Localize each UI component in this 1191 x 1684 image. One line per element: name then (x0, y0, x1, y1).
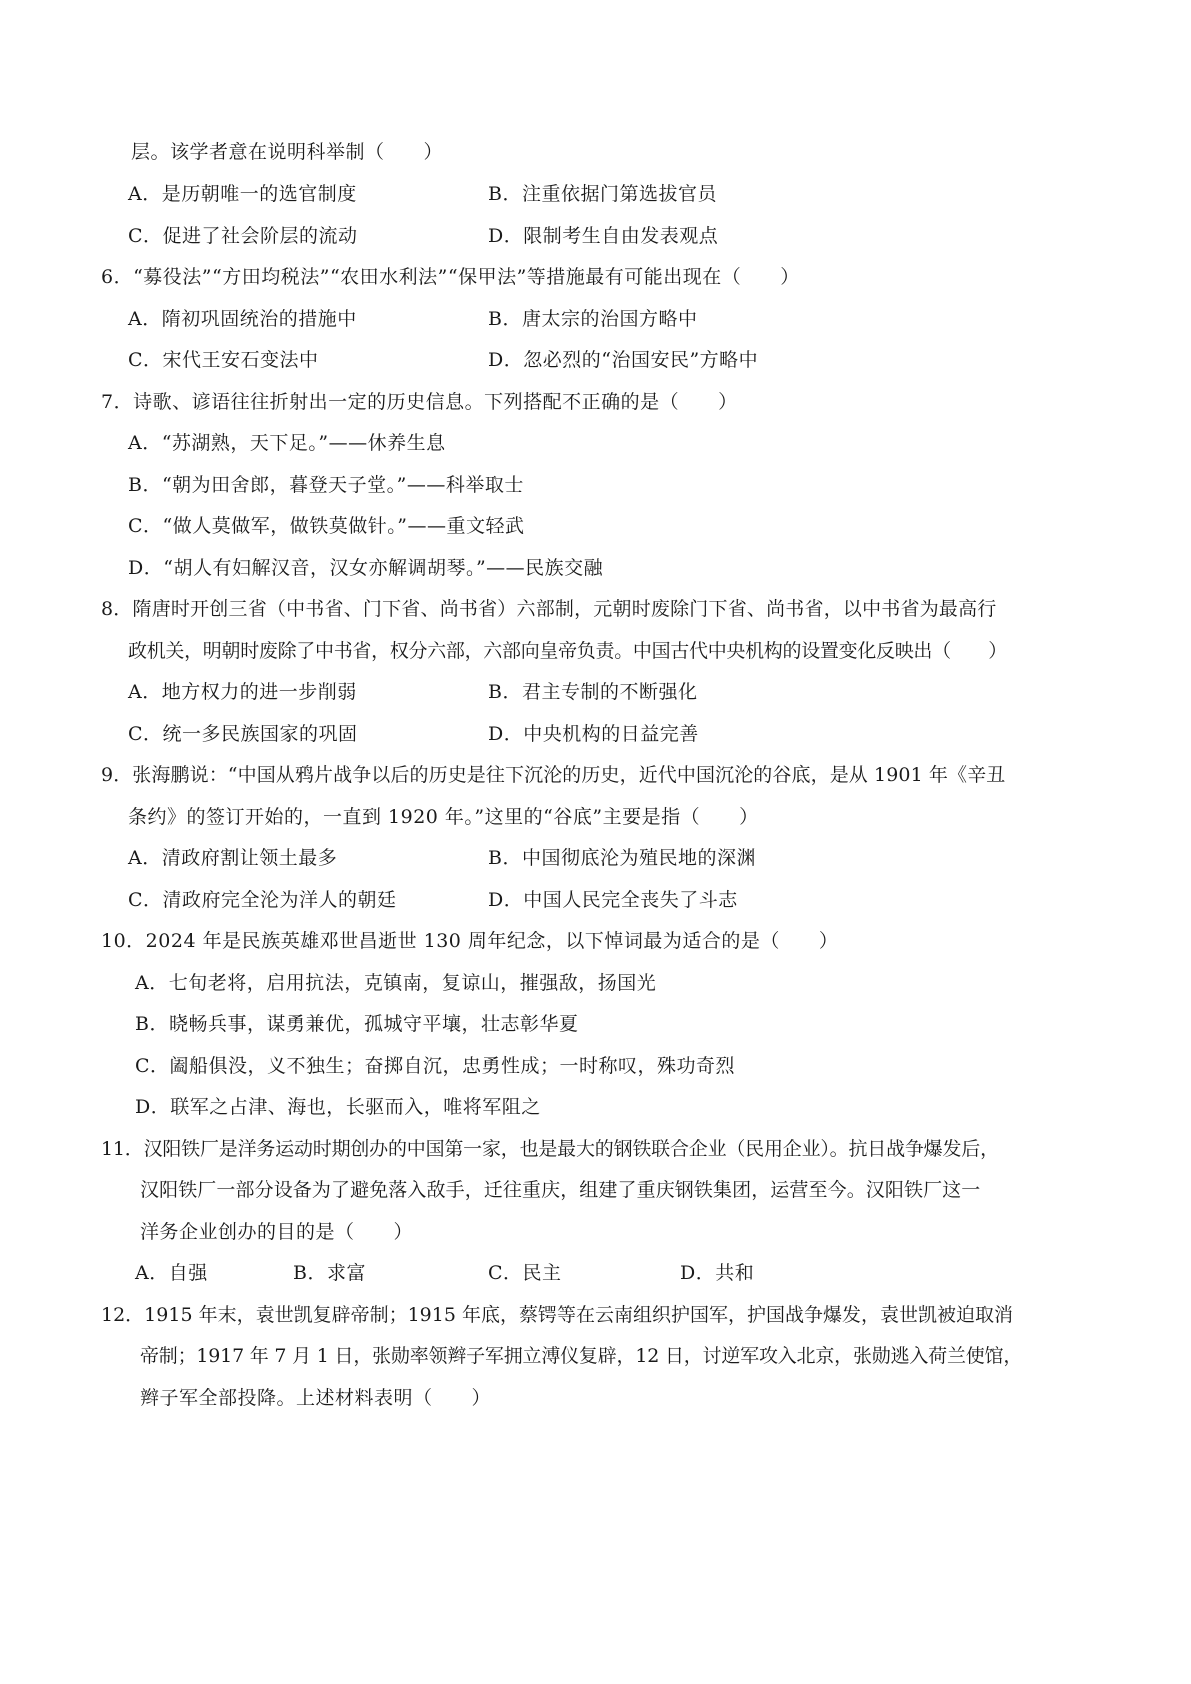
q10-option-b: B．晓畅兵事，谋勇兼优，孤城守平壤，壮志彰华夏 (135, 1012, 578, 1036)
q8-option-a: A．地方权力的进一步削弱 (128, 680, 357, 704)
q9-stem-line1: 9．张海鹏说：“中国从鸦片战争以后的历史是往下沉沦的历史，近代中国沉沦的谷底，是… (101, 763, 1005, 787)
q5-option-d: D．限制考生自由发表观点 (488, 224, 718, 248)
q11-stem-line1: 11．汉阳铁厂是洋务运动时期创办的中国第一家，也是最大的钢铁联合企业（民用企业）… (101, 1137, 999, 1161)
q6-option-c: C．宋代王安石变法中 (128, 348, 319, 372)
q11-option-d: D．共和 (680, 1261, 754, 1285)
q11-option-c: C．民主 (488, 1261, 562, 1285)
q9-option-c: C．清政府完全沦为洋人的朝廷 (128, 888, 397, 912)
q7-option-c: C．“做人莫做军，做铁莫做针。”——重文轻武 (128, 514, 524, 538)
q8-stem-line2: 政机关，明朝时废除了中书省，权分六部，六部向皇帝负责。中国古代中央机构的设置变化… (128, 639, 1007, 663)
q5-option-c: C．促进了社会阶层的流动 (128, 224, 358, 248)
q6-option-b: B．唐太宗的治国方略中 (488, 307, 697, 331)
q5-option-a: A．是历朝唯一的选官制度 (128, 182, 357, 206)
q6-stem: 6．“募役法”“方田均税法”“农田水利法”“保甲法”等措施最有可能出现在（ ） (101, 265, 800, 289)
q10-option-c: C．阖船俱没，义不独生；奋掷自沉，忠勇性成；一时称叹，殊功奇烈 (135, 1054, 735, 1078)
q8-option-d: D．中央机构的日益完善 (488, 722, 699, 746)
q11-option-b: B．求富 (293, 1261, 366, 1285)
q7-option-a: A．“苏湖熟，天下足。”——休养生息 (128, 431, 446, 455)
q10-option-d: D．联军之占津、海也，长驱而入，唯将军阻之 (135, 1095, 541, 1119)
q7-option-b: B．“朝为田舍郎，暮登天子堂。”——科举取士 (128, 473, 524, 497)
q10-stem: 10．2024 年是民族英雄邓世昌逝世 130 周年纪念，以下悼词最为适合的是（… (101, 929, 838, 953)
q8-option-c: C．统一多民族国家的巩固 (128, 722, 358, 746)
q5-stem: 层。该学者意在说明科举制（ ） (131, 140, 443, 164)
q6-option-d: D．忽必烈的“治国安民”方略中 (488, 348, 758, 372)
q11-stem-line2: 汉阳铁厂一部分设备为了避免落入敌手，迁往重庆，组建了重庆钢铁集团，运营至今。汉阳… (140, 1178, 980, 1202)
q11-option-a: A．自强 (135, 1261, 208, 1285)
q9-stem-line2: 条约》的签订开始的，一直到 1920 年。”这里的“谷底”主要是指（ ） (128, 805, 759, 829)
q8-stem-line1: 8．隋唐时开创三省（中书省、门下省、尚书省）六部制，元朝时废除门下省、尚书省，以… (101, 597, 997, 621)
q12-stem-line1: 12．1915 年末，袁世凯复辟帝制；1915 年底，蔡锷等在云南组织护国军，护… (101, 1303, 1013, 1327)
q11-stem-line3: 洋务企业创办的目的是（ ） (140, 1220, 413, 1244)
q6-option-a: A．隋初巩固统治的措施中 (128, 307, 357, 331)
q9-option-a: A．清政府割让领土最多 (128, 846, 337, 870)
q12-stem-line2: 帝制；1917 年 7 月 1 日，张勋率领辫子军拥立溥仪复辟，12 日，讨逆军… (140, 1344, 1022, 1368)
q8-option-b: B．君主专制的不断强化 (488, 680, 697, 704)
q9-option-b: B．中国彻底沦为殖民地的深渊 (488, 846, 756, 870)
q7-option-d: D．“胡人有妇解汉音，汉女亦解调胡琴。”——民族交融 (128, 556, 603, 580)
q5-option-b: B．注重依据门第选拔官员 (488, 182, 717, 206)
q7-stem: 7．诗歌、谚语往往折射出一定的历史信息。下列搭配不正确的是（ ） (101, 390, 738, 414)
q9-option-d: D．中国人民完全丧失了斗志 (488, 888, 738, 912)
q10-option-a: A．七旬老将，启用抗法，克镇南，复谅山，摧强敌，扬国光 (135, 971, 656, 995)
q12-stem-line3: 辫子军全部投降。上述材料表明（ ） (140, 1386, 491, 1410)
